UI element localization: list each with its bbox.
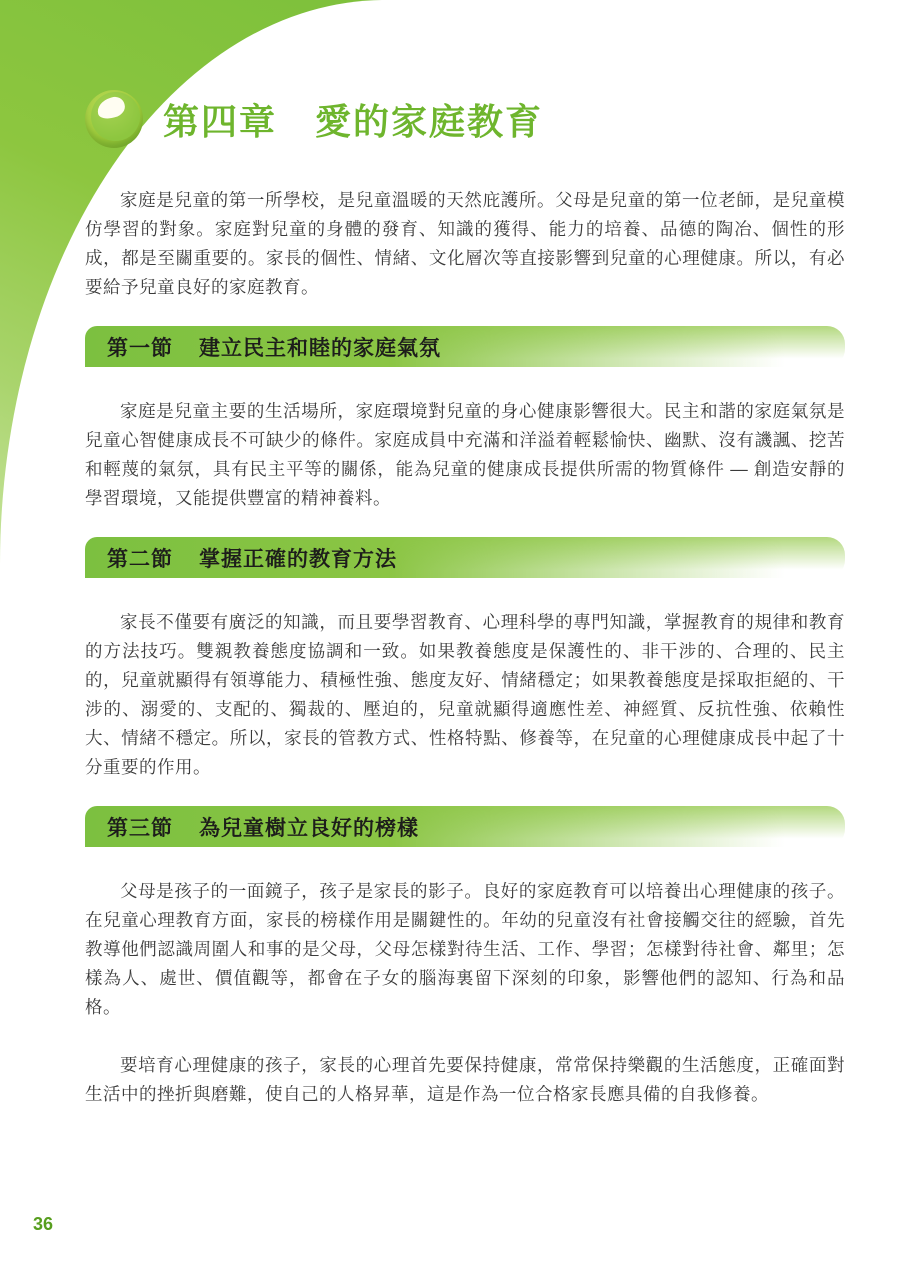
- chapter-title: 愛的家庭教育: [315, 101, 543, 142]
- section-2-paragraph: 家長不僅要有廣泛的知識，而且要學習教育、心理科學的專門知識，掌握教育的規律和教育…: [85, 608, 845, 782]
- section-header-1: 第一節 建立民主和睦的家庭氣氛: [85, 326, 845, 367]
- chapter-number: 第四章: [163, 101, 277, 142]
- section-number: 第三節: [107, 812, 173, 842]
- section-title: 為兒童樹立良好的榜樣: [199, 812, 419, 842]
- page-surface: 第四章愛的家庭教育 家庭是兒童的第一所學校，是兒童溫暖的天然庇護所。父母是兒童的…: [0, 0, 900, 1274]
- chapter-heading: 第四章愛的家庭教育: [163, 94, 543, 145]
- section-number: 第一節: [107, 332, 173, 362]
- chapter-intro-paragraph: 家庭是兒童的第一所學校，是兒童溫暖的天然庇護所。父母是兒童的第一位老師，是兒童模…: [85, 186, 845, 302]
- section-3-paragraph: 要培育心理健康的孩子，家長的心理首先要保持健康，常常保持樂觀的生活態度，正確面對…: [85, 1051, 845, 1109]
- section-3-paragraph: 父母是孩子的一面鏡子，孩子是家長的影子。良好的家庭教育可以培養出心理健康的孩子。…: [85, 877, 845, 1022]
- section-title: 掌握正確的教育方法: [199, 543, 397, 573]
- section-title: 建立民主和睦的家庭氣氛: [199, 332, 441, 362]
- section-1-paragraph: 家庭是兒童主要的生活場所，家庭環境對兒童的身心健康影響很大。民主和諧的家庭氣氛是…: [85, 397, 845, 513]
- section-number: 第二節: [107, 543, 173, 573]
- page-number: 36: [33, 1214, 53, 1235]
- page-content: 第四章愛的家庭教育 家庭是兒童的第一所學校，是兒童溫暖的天然庇護所。父母是兒童的…: [0, 0, 900, 1109]
- green-sphere-swoosh-icon: [85, 90, 143, 148]
- document-page: 第四章愛的家庭教育 家庭是兒童的第一所學校，是兒童溫暖的天然庇護所。父母是兒童的…: [0, 0, 900, 1274]
- chapter-header: 第四章愛的家庭教育: [85, 0, 845, 148]
- section-header-3: 第三節 為兒童樹立良好的榜樣: [85, 806, 845, 847]
- section-header-2: 第二節 掌握正確的教育方法: [85, 537, 845, 578]
